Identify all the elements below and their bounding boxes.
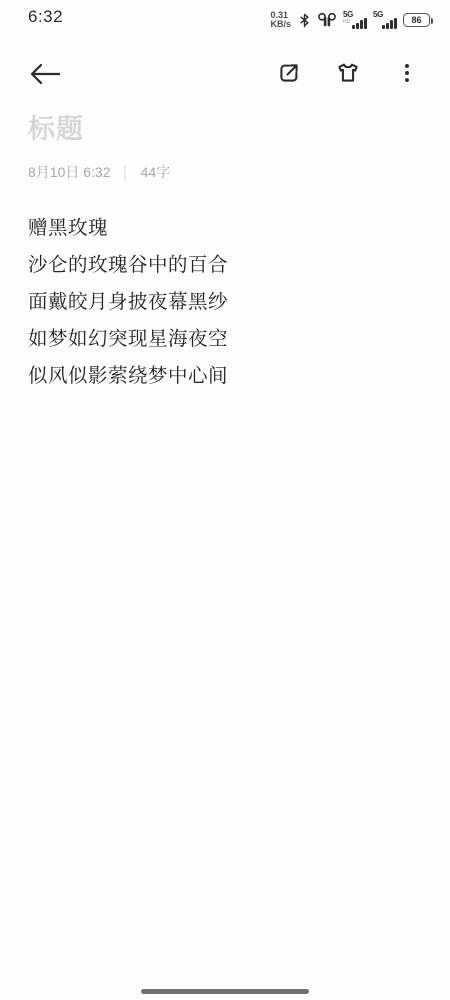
note-date: 8月10日 6:32 — [28, 162, 111, 182]
volte-hd-indicator: HD — [343, 19, 350, 25]
nav-actions — [276, 60, 420, 86]
note-title-input[interactable]: 标题 — [28, 107, 422, 146]
status-bar-right: 0.31 KB/s 5G HD — [270, 0, 430, 40]
status-bar: 6:32 0.31 KB/s 5G HD — [0, 0, 450, 40]
note-word-count: 44字 — [141, 162, 171, 182]
earbuds-icon — [317, 12, 337, 28]
note-line[interactable]: 如梦如幻突现星海夜空 — [28, 321, 422, 358]
home-indicator[interactable] — [141, 989, 309, 994]
bluetooth-icon — [298, 13, 311, 28]
network-speed: 0.31 KB/s — [270, 11, 291, 30]
note-line[interactable]: 似风似影萦绕梦中心间 — [28, 358, 422, 395]
share-button[interactable] — [276, 60, 302, 86]
note-line[interactable]: 面戴皎月身披夜幕黑纱 — [28, 284, 422, 321]
signal-bars-icon — [382, 18, 397, 30]
status-time: 6:32 — [28, 7, 63, 27]
network-speed-unit: KB/s — [270, 20, 291, 29]
signal-bars-icon — [352, 18, 367, 30]
back-button[interactable] — [28, 60, 62, 88]
theme-tshirt-button[interactable] — [335, 60, 361, 86]
signal-sim2: 5G — [373, 10, 397, 30]
more-menu-button[interactable] — [394, 60, 420, 86]
nav-bar — [0, 48, 450, 100]
battery-icon: 86 — [403, 13, 430, 27]
signal-sim1: 5G HD — [343, 10, 367, 30]
note-body-editor[interactable]: 赠黑玫瑰 沙仑的玫瑰谷中的百合 面戴皎月身披夜幕黑纱 如梦如幻突现星海夜空 似风… — [28, 210, 422, 395]
battery-percent: 86 — [411, 15, 421, 25]
battery-nub — [431, 18, 434, 24]
notes-app-screen: 6:32 0.31 KB/s 5G HD — [0, 0, 450, 1000]
meta-divider: │ — [122, 165, 130, 180]
note-line[interactable]: 沙仑的玫瑰谷中的百合 — [28, 247, 422, 284]
note-meta: 8月10日 6:32 │ 44字 — [28, 162, 170, 182]
note-line[interactable]: 赠黑玫瑰 — [28, 210, 422, 247]
